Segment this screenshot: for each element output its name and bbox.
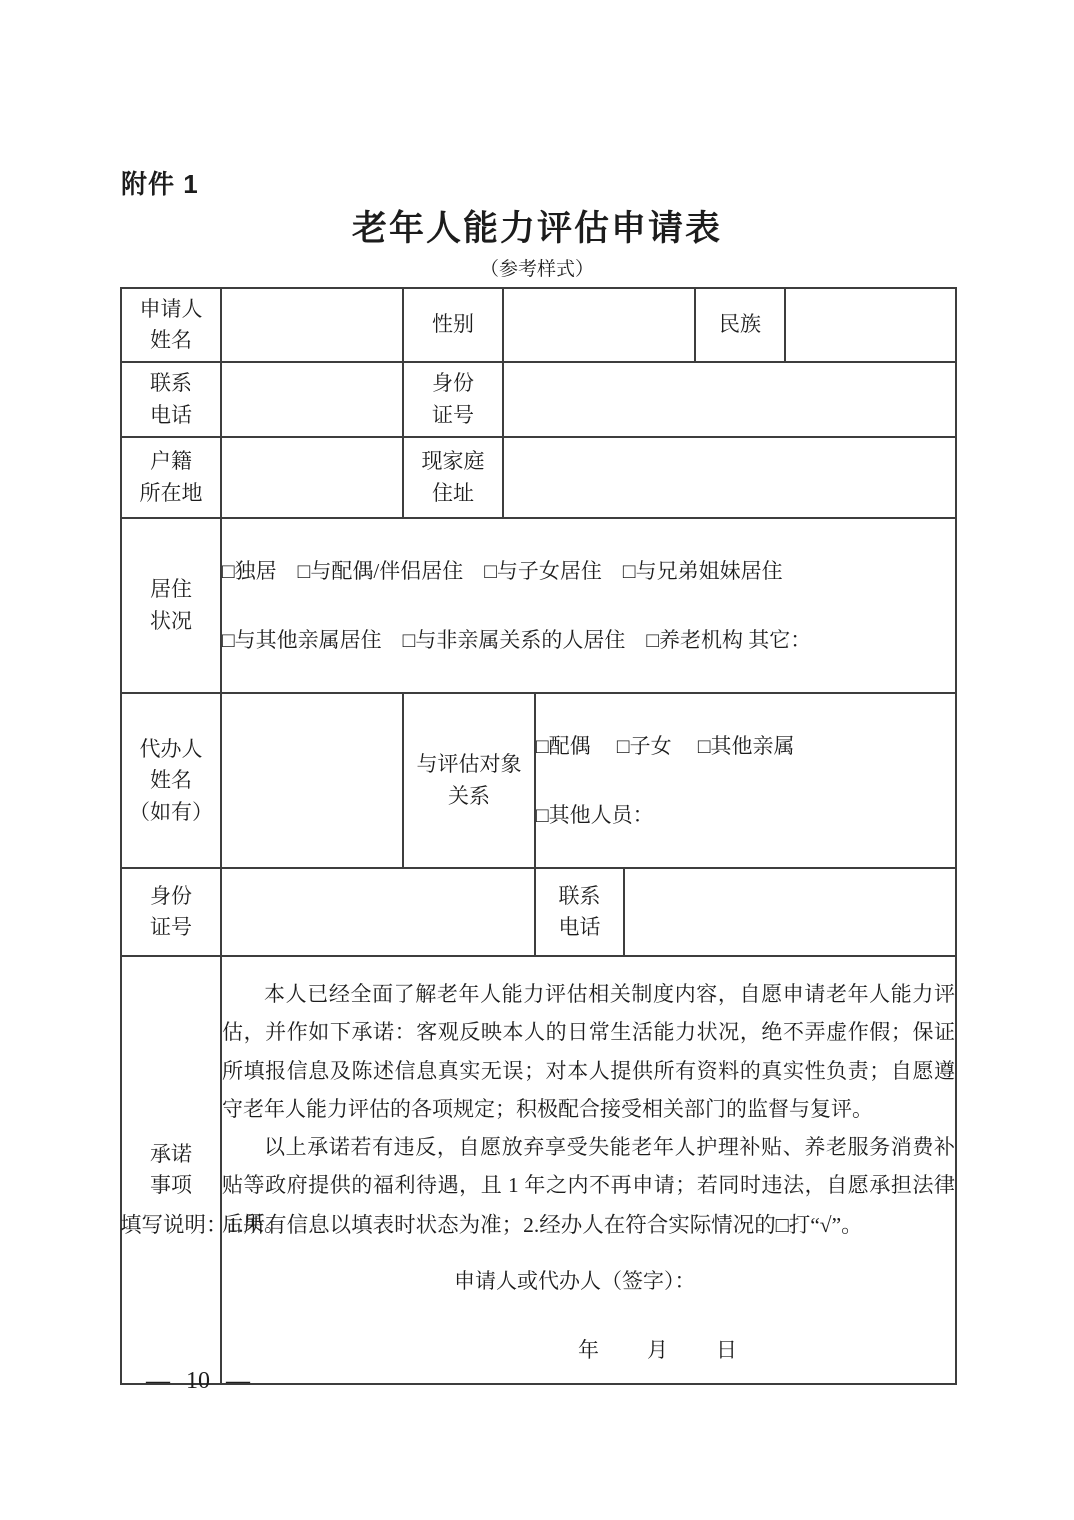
ethnicity-field <box>785 288 956 362</box>
living-status-label: 居住 状况 <box>121 518 221 693</box>
contact-phone-field <box>221 362 403 437</box>
table-row: 户籍 所在地 现家庭 住址 <box>121 437 956 518</box>
relation-options-line2: □其他人员： <box>536 798 955 833</box>
applicant-name-field <box>221 288 403 362</box>
signature-line: 申请人或代办人（签字）： <box>454 1267 955 1296</box>
agent-name-field <box>221 693 403 868</box>
agent-phone-label: 联系 电话 <box>535 868 624 956</box>
relation-label: 与评估对象 关系 <box>403 693 535 868</box>
agent-name-label: 代办人 姓名 （如有） <box>121 693 221 868</box>
living-status-options-line2: □与其他亲属居住 □与非亲属关系的人居住 □养老机构 其它： <box>222 623 955 658</box>
ethnicity-label: 民族 <box>695 288 785 362</box>
agent-id-field <box>221 868 535 956</box>
commitment-label: 承诺 事项 <box>121 956 221 1384</box>
gender-label: 性别 <box>403 288 503 362</box>
gender-field <box>503 288 695 362</box>
agent-id-label: 身份 证号 <box>121 868 221 956</box>
relation-options: □配偶 □子女 □其他亲属 □其他人员： <box>535 693 956 868</box>
home-address-field <box>503 437 956 518</box>
table-row: 联系 电话 身份 证号 <box>121 362 956 437</box>
form-filling-note: 填写说明：1.所有信息以填表时状态为准；2.经办人在符合实际情况的□打“√”。 <box>120 1210 980 1240</box>
living-status-options: □独居 □与配偶/伴侣居住 □与子女居住 □与兄弟姐妹居住 □与其他亲属居住 □… <box>221 518 956 693</box>
commitment-content: 本人已经全面了解老年人能力评估相关制度内容，自愿申请老年人能力评估，并作如下承诺… <box>221 956 956 1384</box>
table-row: 承诺 事项 本人已经全面了解老年人能力评估相关制度内容，自愿申请老年人能力评估，… <box>121 956 956 1384</box>
table-row: 代办人 姓名 （如有） 与评估对象 关系 □配偶 □子女 □其他亲属 □其他人员… <box>121 693 956 868</box>
page-subtitle: （参考样式） <box>0 254 1074 281</box>
table-row: 申请人 姓名 性别 民族 <box>121 288 956 362</box>
table-row: 身份 证号 联系 电话 <box>121 868 956 956</box>
home-address-label: 现家庭 住址 <box>403 437 503 518</box>
applicant-name-label: 申请人 姓名 <box>121 288 221 362</box>
page-number: — 10 — <box>146 1368 250 1395</box>
agent-phone-field <box>624 868 956 956</box>
id-number-label: 身份 证号 <box>403 362 503 437</box>
date-line: 年 月 日 <box>578 1336 955 1365</box>
document-page: 附件 1 老年人能力评估申请表 （参考样式） 申请人 姓名 性别 民族 联系 电… <box>0 0 1074 1520</box>
attachment-label: 附件 1 <box>121 164 199 201</box>
table-row: 居住 状况 □独居 □与配偶/伴侣居住 □与子女居住 □与兄弟姐妹居住 □与其他… <box>121 518 956 693</box>
household-registration-label: 户籍 所在地 <box>121 437 221 518</box>
household-registration-field <box>221 437 403 518</box>
relation-options-line1: □配偶 □子女 □其他亲属 <box>536 729 955 764</box>
id-number-field <box>503 362 956 437</box>
commitment-paragraph-1: 本人已经全面了解老年人能力评估相关制度内容，自愿申请老年人能力评估，并作如下承诺… <box>222 975 955 1128</box>
contact-phone-label: 联系 电话 <box>121 362 221 437</box>
living-status-options-line1: □独居 □与配偶/伴侣居住 □与子女居住 □与兄弟姐妹居住 <box>222 554 955 589</box>
page-title: 老年人能力评估申请表 <box>0 201 1074 251</box>
